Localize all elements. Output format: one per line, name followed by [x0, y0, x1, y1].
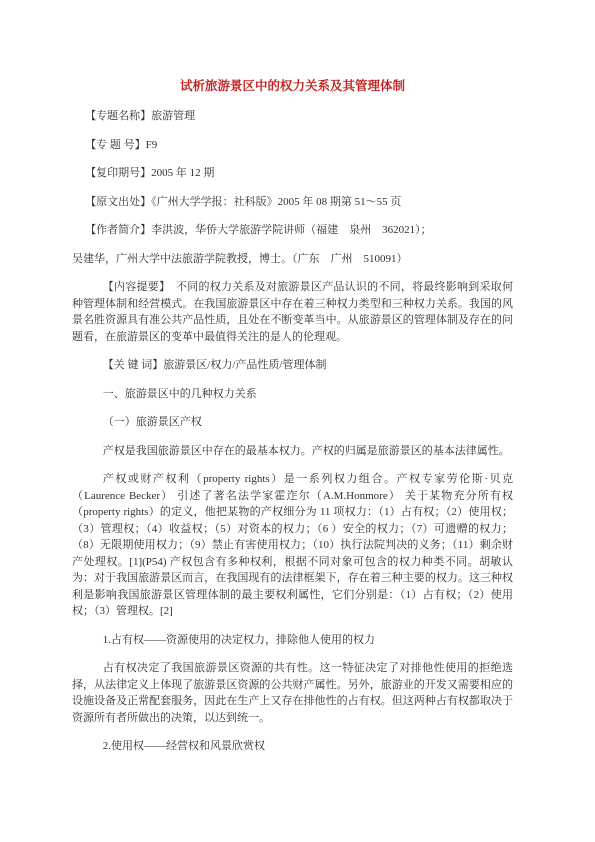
para-property-rights: 产权或财产权利（property rights）是一系列权力组合。产权专家劳伦斯… [72, 471, 513, 620]
meta-author: 【作者简介】李洪波，华侨大学旅游学院讲师（福建 泉州 362021）； [72, 222, 513, 239]
article-title: 试析旅游景区中的权力关系及其管理体制 [72, 78, 513, 94]
abstract: 【内容提要】 不同的权力关系及对旅游景区产品认识的不同，将最终影响到采取何种管理… [72, 279, 513, 345]
keywords: 【关 键 词】旅游景区/权力/产品性质/管理体制 [72, 357, 513, 374]
item-2-heading: 2.使用权——经营权和风景欣赏权 [72, 738, 513, 755]
para-property-basic: 产权是我国旅游景区中存在的最基本权力。产权的归属是旅游景区的基本法律属性。 [72, 443, 513, 460]
item-1-heading: 1.占有权——资源使用的决定权力，排除他人使用的权力 [72, 632, 513, 649]
section-1-heading: 一、旅游景区中的几种权力关系 [72, 386, 513, 403]
meta-author-cont: 吴建华，广州大学中法旅游学院教授，博士。（广东 广州 510091） [72, 251, 513, 268]
document-page: 试析旅游景区中的权力关系及其管理体制 【专题名称】旅游管理 【专 题 号】F9 … [0, 0, 595, 842]
meta-source: 【原文出处】《广州大学学报：社科版》2005 年 08 期第 51～55 页 [72, 194, 513, 211]
para-possession: 占有权决定了我国旅游景区资源的共有性。这一特征决定了对排他性使用的拒绝选择，从法… [72, 660, 513, 726]
meta-topic-name: 【专题名称】旅游管理 [72, 108, 513, 125]
meta-topic-code: 【专 题 号】F9 [72, 137, 513, 154]
section-1-1-heading: （一）旅游景区产权 [72, 414, 513, 431]
meta-reprint-issue: 【复印期号】2005 年 12 期 [72, 165, 513, 182]
